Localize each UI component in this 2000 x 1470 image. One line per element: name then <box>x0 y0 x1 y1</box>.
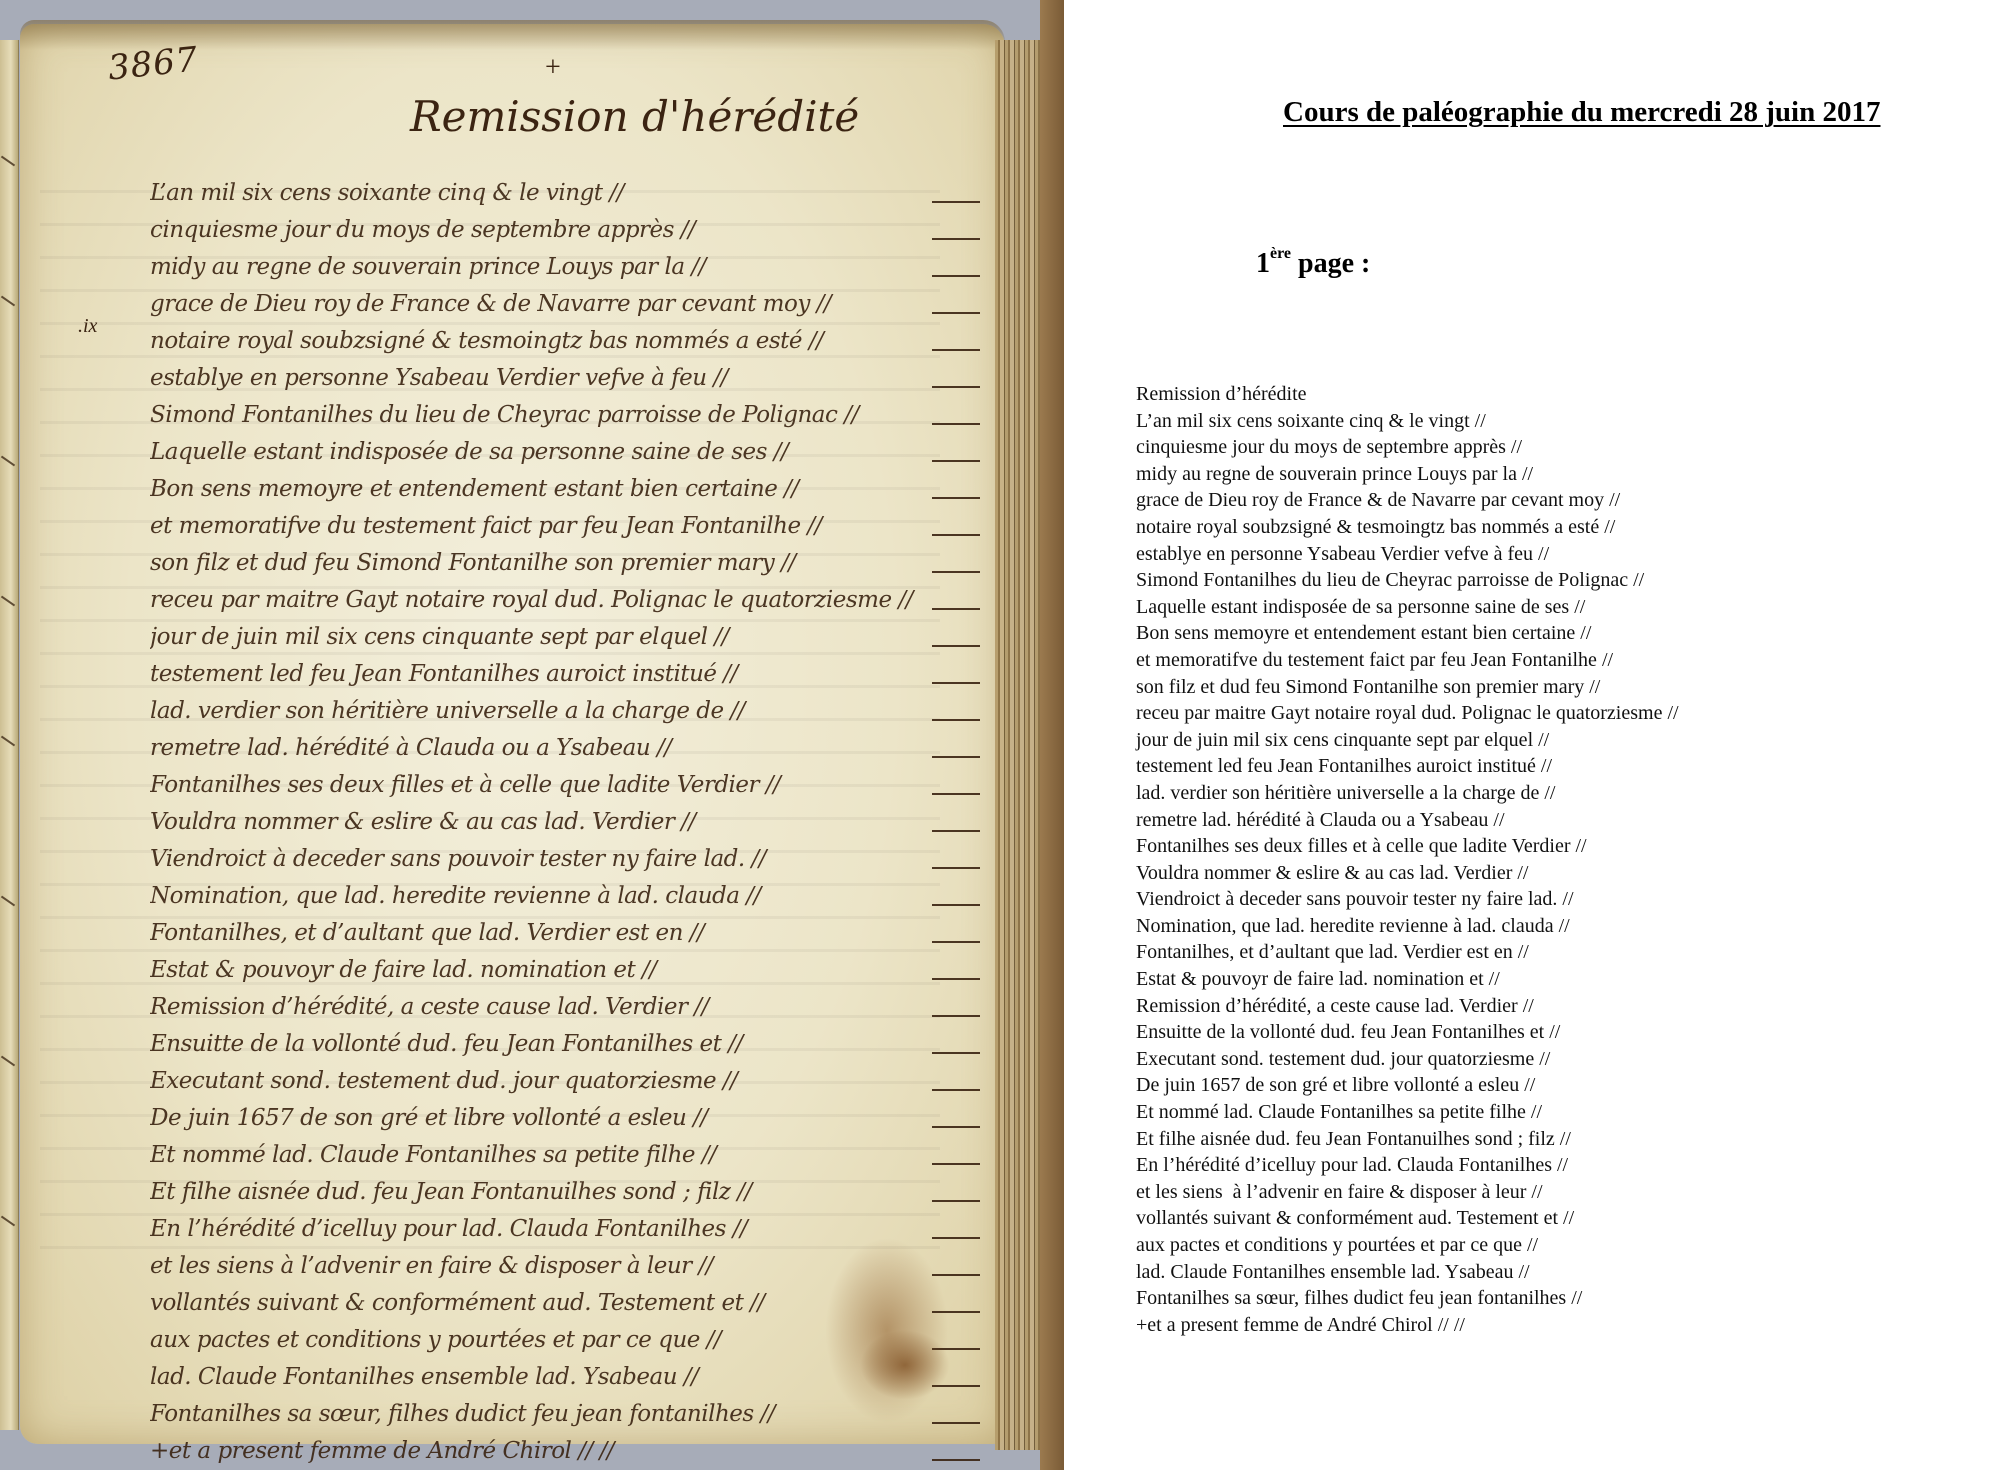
manuscript-photo: 3867 + Remission d'hérédité .ix L’an mil… <box>0 0 1064 1470</box>
handwritten-line: Estat & pouvoyr de faire lad. nomination… <box>150 957 980 994</box>
manuscript-heading: Remission d'hérédité <box>410 92 859 141</box>
transcription-line: vollantés suivant & conformément aud. Te… <box>1136 1205 1896 1232</box>
handwritten-line: Vouldra nommer & eslire & au cas lad. Ve… <box>150 809 980 846</box>
handwritten-line: establye en personne Ysabeau Verdier vef… <box>150 365 980 402</box>
transcription-line: lad. verdier son héritière universelle a… <box>1136 780 1896 807</box>
transcription-line: grace de Dieu roy de France & de Navarre… <box>1136 487 1896 514</box>
handwritten-line: Bon sens memoyre et entendement estant b… <box>150 476 980 513</box>
transcription-line: Ensuitte de la vollonté dud. feu Jean Fo… <box>1136 1019 1896 1046</box>
transcription-line: et les siens à l’advenir en faire & disp… <box>1136 1179 1896 1206</box>
handwritten-line: remetre lad. hérédité à Clauda ou a Ysab… <box>150 735 980 772</box>
transcription-line: son filz et dud feu Simond Fontanilhe so… <box>1136 674 1896 701</box>
handwritten-line: Fontanilhes sa sœur, filhes dudict feu j… <box>150 1401 980 1438</box>
handwritten-line: Ensuitte de la vollonté dud. feu Jean Fo… <box>150 1031 980 1068</box>
transcription-line: Simond Fontanilhes du lieu de Cheyrac pa… <box>1136 567 1896 594</box>
transcription-line: Fontanilhes ses deux filles et à celle q… <box>1136 833 1896 860</box>
transcription-line: lad. Claude Fontanilhes ensemble lad. Ys… <box>1136 1259 1896 1286</box>
transcription-line: Bon sens memoyre et entendement estant b… <box>1136 620 1896 647</box>
transcription-line: receu par maitre Gayt notaire royal dud.… <box>1136 700 1896 727</box>
handwritten-line: Fontanilhes ses deux filles et à celle q… <box>150 772 980 809</box>
margin-note: .ix <box>78 315 97 338</box>
handwritten-line: jour de juin mil six cens cinquante sept… <box>150 624 980 661</box>
transcription-line: midy au regne de souverain prince Louys … <box>1136 461 1896 488</box>
handwritten-lines: L’an mil six cens soixante cinq & le vin… <box>150 180 980 1470</box>
handwritten-line: L’an mil six cens soixante cinq & le vin… <box>150 180 980 217</box>
handwritten-line: En l’hérédité d’icelluy pour lad. Clauda… <box>150 1216 980 1253</box>
transcription-line: Laquelle estant indisposée de sa personn… <box>1136 594 1896 621</box>
book-cover <box>1040 0 1064 1470</box>
transcription-line: Remission d’hérédite <box>1136 381 1896 408</box>
transcription-line: notaire royal soubzsigné & tesmoingtz ba… <box>1136 514 1896 541</box>
handwritten-line: grace de Dieu roy de France & de Navarre… <box>150 291 980 328</box>
transcription-line: Et filhe aisnée dud. feu Jean Fontanuilh… <box>1136 1126 1896 1153</box>
previous-page-edge <box>0 40 19 1430</box>
cross-mark: + <box>545 52 561 84</box>
transcription-line: Et nommé lad. Claude Fontanilhes sa peti… <box>1136 1099 1896 1126</box>
transcription-line: Estat & pouvoyr de faire lad. nomination… <box>1136 966 1896 993</box>
handwritten-line: son filz et dud feu Simond Fontanilhe so… <box>150 550 980 587</box>
handwritten-line: et memoratifve du testement faict par fe… <box>150 513 980 550</box>
transcription-line: aux pactes et conditions y pourtées et p… <box>1136 1232 1896 1259</box>
water-stain <box>860 1330 950 1400</box>
course-title: Cours de paléographie du mercredi 28 jui… <box>1283 96 1880 129</box>
handwritten-line: Remission d’hérédité, a ceste cause lad.… <box>150 994 980 1031</box>
page-label: page : <box>1298 248 1370 279</box>
handwritten-line: lad. verdier son héritière universelle a… <box>150 698 980 735</box>
transcription-line: cinquiesme jour du moys de septembre app… <box>1136 434 1896 461</box>
transcription-line: jour de juin mil six cens cinquante sept… <box>1136 727 1896 754</box>
handwritten-line: Laquelle estant indisposée de sa personn… <box>150 439 980 476</box>
handwritten-line: Executant sond. testement dud. jour quat… <box>150 1068 980 1105</box>
transcription-line: et memoratifve du testement faict par fe… <box>1136 647 1896 674</box>
handwritten-line: et les siens à l’advenir en faire & disp… <box>150 1253 980 1290</box>
transcription-line: En l’hérédité d’icelluy pour lad. Clauda… <box>1136 1152 1896 1179</box>
handwritten-line: testement led feu Jean Fontanilhes auroi… <box>150 661 980 698</box>
transcription-line: Viendroict à deceder sans pouvoir tester… <box>1136 886 1896 913</box>
handwritten-line: receu par maitre Gayt notaire royal dud.… <box>150 587 980 624</box>
transcription-line: L’an mil six cens soixante cinq & le vin… <box>1136 408 1896 435</box>
transcription-line: testement led feu Jean Fontanilhes auroi… <box>1136 753 1896 780</box>
transcription-line: +et a present femme de André Chirol // /… <box>1136 1312 1896 1339</box>
handwritten-line: lad. Claude Fontanilhes ensemble lad. Ys… <box>150 1364 980 1401</box>
handwritten-line: aux pactes et conditions y pourtées et p… <box>150 1327 980 1364</box>
transcription-line: Executant sond. testement dud. jour quat… <box>1136 1046 1896 1073</box>
handwritten-line: Viendroict à deceder sans pouvoir tester… <box>150 846 980 883</box>
handwritten-line: notaire royal soubzsigné & tesmoingtz ba… <box>150 328 980 365</box>
transcription-text: Remission d’hérédite L’an mil six cens s… <box>1136 381 1896 1338</box>
handwritten-line: Simond Fontanilhes du lieu de Cheyrac pa… <box>150 402 980 439</box>
handwritten-line: Fontanilhes, et d’aultant que lad. Verdi… <box>150 920 980 957</box>
handwritten-line: cinquiesme jour du moys de septembre app… <box>150 217 980 254</box>
transcription-line: establye en personne Ysabeau Verdier vef… <box>1136 541 1896 568</box>
transcription-line: remetre lad. hérédité à Clauda ou a Ysab… <box>1136 807 1896 834</box>
page-ordinal-suffix: ère <box>1270 245 1291 262</box>
page-heading: 1ère page : <box>1256 245 1370 280</box>
handwritten-line: midy au regne de souverain prince Louys … <box>150 254 980 291</box>
transcription-line: Nomination, que lad. heredite revienne à… <box>1136 913 1896 940</box>
page-number: 1 <box>1256 248 1270 279</box>
transcription-line: Vouldra nommer & eslire & au cas lad. Ve… <box>1136 860 1896 887</box>
handwritten-line: De juin 1657 de son gré et libre vollont… <box>150 1105 980 1142</box>
handwritten-line: Et filhe aisnée dud. feu Jean Fontanuilh… <box>150 1179 980 1216</box>
transcription-line: Fontanilhes sa sœur, filhes dudict feu j… <box>1136 1285 1896 1312</box>
handwritten-line: vollantés suivant & conformément aud. Te… <box>150 1290 980 1327</box>
transcription-line: De juin 1657 de son gré et libre vollont… <box>1136 1072 1896 1099</box>
handwritten-line: Nomination, que lad. heredite revienne à… <box>150 883 980 920</box>
transcription-line: Remission d’hérédité, a ceste cause lad.… <box>1136 993 1896 1020</box>
handwritten-line: +et a present femme de André Chirol // /… <box>150 1438 980 1470</box>
transcription-line: Fontanilhes, et d’aultant que lad. Verdi… <box>1136 939 1896 966</box>
handwritten-line: Et nommé lad. Claude Fontanilhes sa peti… <box>150 1142 980 1179</box>
